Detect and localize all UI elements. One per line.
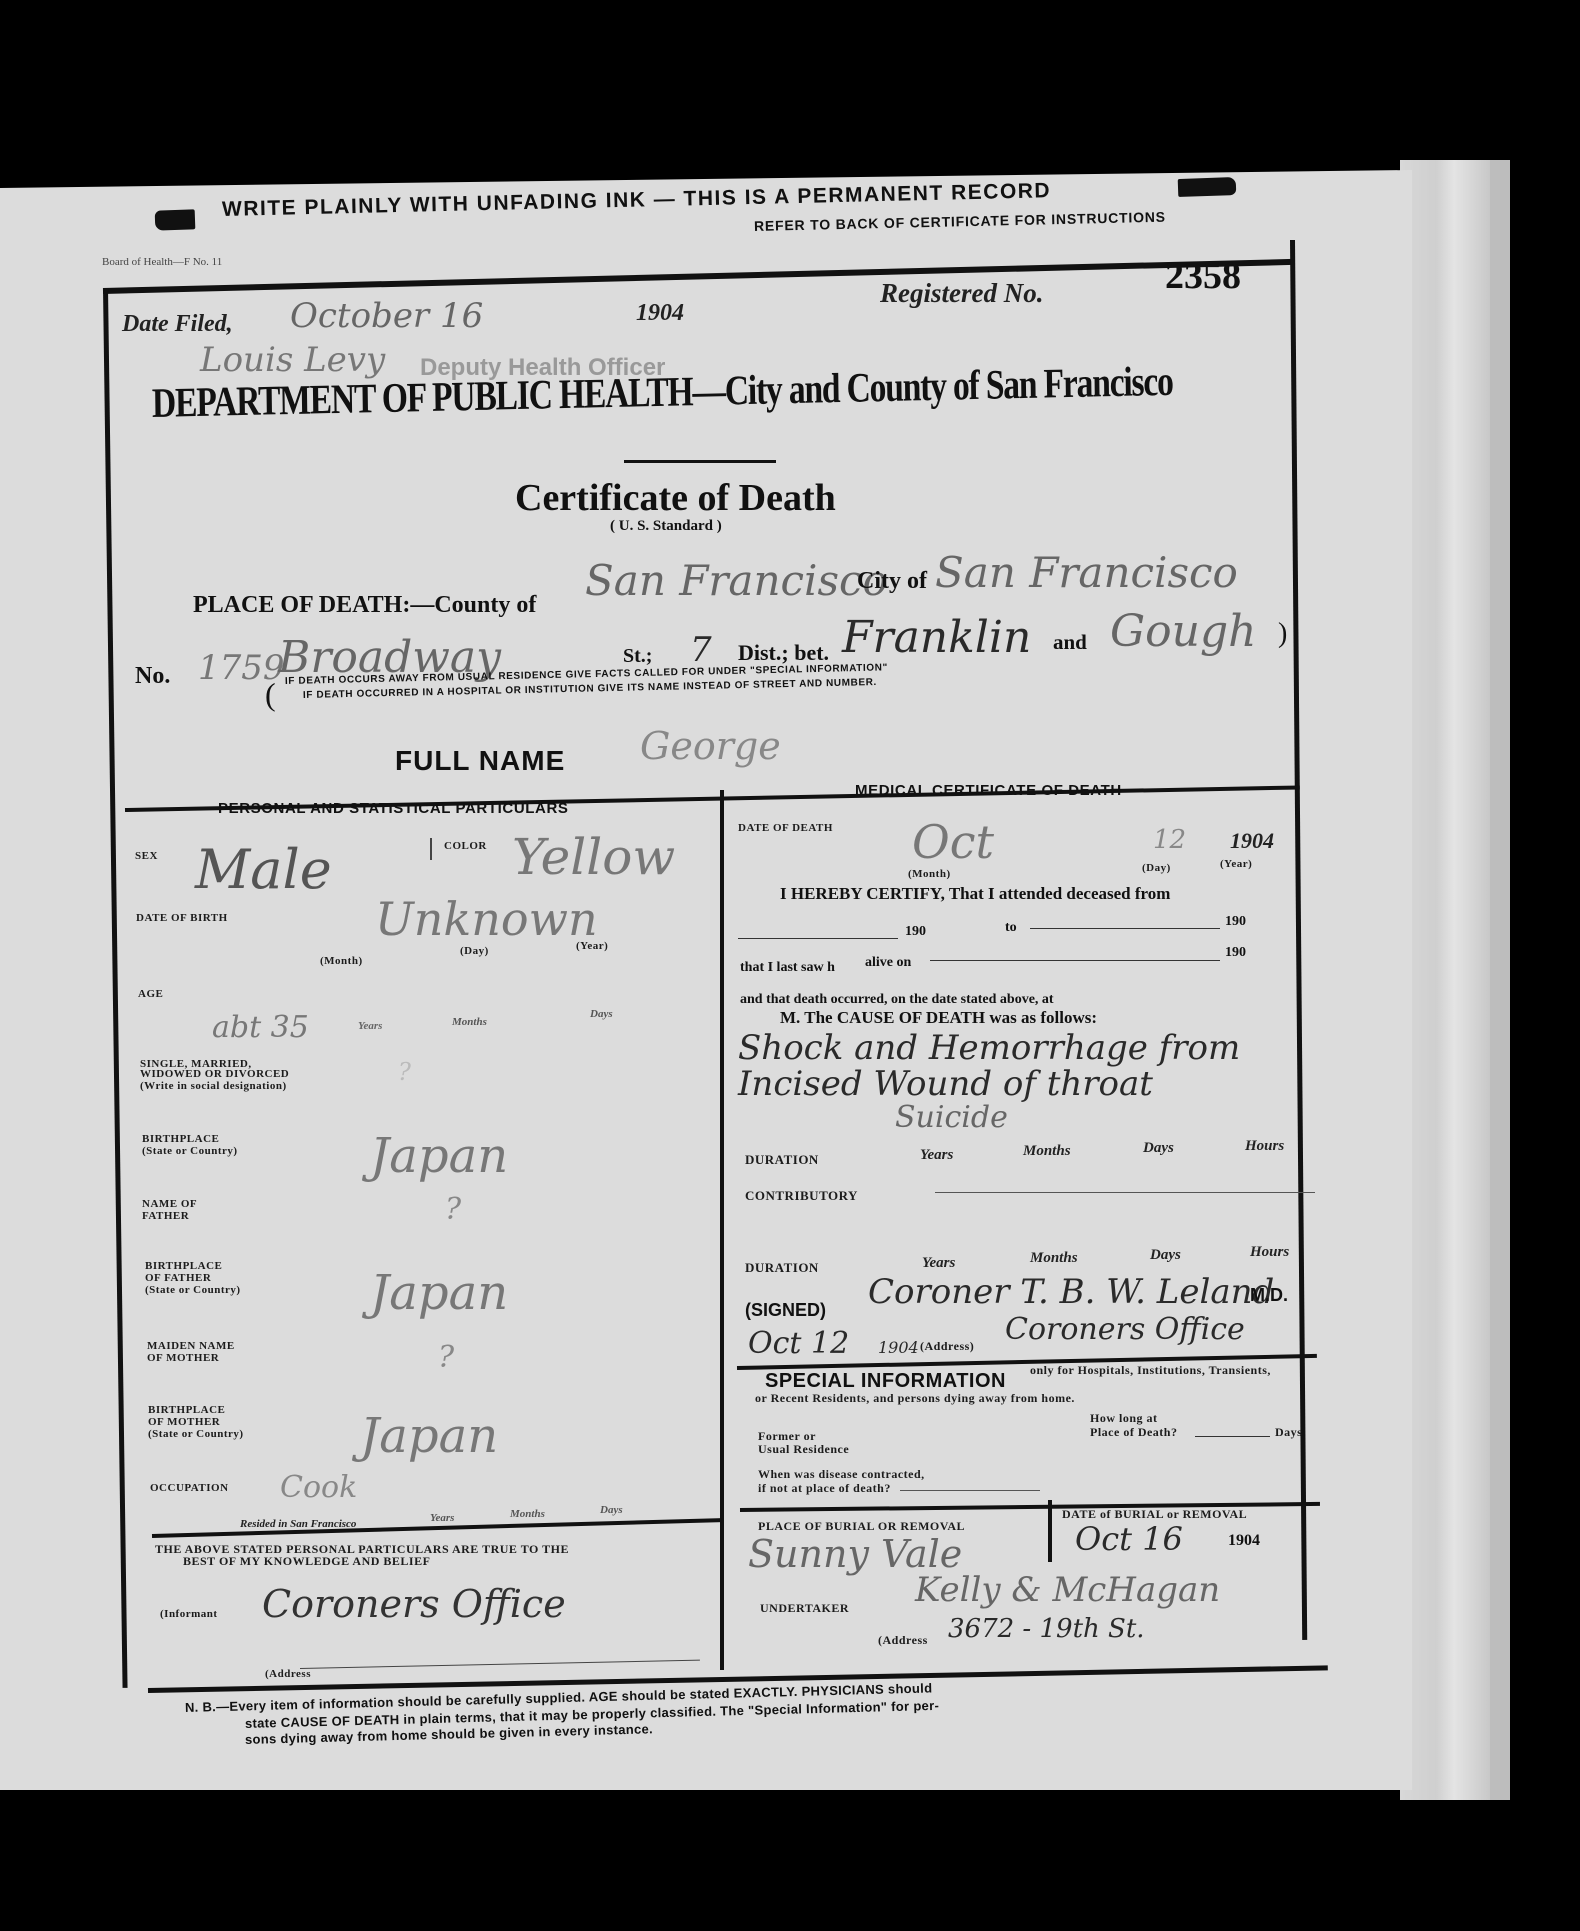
medical-heading: MEDICAL CERTIFICATE OF DEATH xyxy=(855,782,1122,799)
mother-label-1: MAIDEN NAME xyxy=(147,1340,235,1352)
father-label-2: FATHER xyxy=(142,1210,189,1222)
contracted-line xyxy=(900,1490,1040,1491)
certify-line-3b: alive on xyxy=(865,955,911,971)
personal-heading: PERSONAL AND STATISTICAL PARTICULARS xyxy=(218,800,569,817)
certify-to-line xyxy=(1030,928,1220,929)
sex-color-separator xyxy=(430,838,432,860)
street-label: St.; xyxy=(623,645,652,668)
full-name-label: FULL NAME xyxy=(395,745,565,777)
adjacent-page-edge-2 xyxy=(1490,160,1510,1800)
registered-label: Registered No. xyxy=(880,278,1043,309)
birthplace-label-1: BIRTHPLACE xyxy=(142,1133,219,1145)
sex-label: SEX xyxy=(135,850,158,862)
burial-place-label: PLACE OF BURIAL OR REMOVAL xyxy=(758,1520,965,1532)
father-birthplace-label-1: BIRTHPLACE xyxy=(145,1260,222,1272)
former-residence-label-1: Former or xyxy=(758,1430,816,1442)
date-of-death-label: DATE OF DEATH xyxy=(738,822,833,834)
resided-years-label: Years xyxy=(430,1512,454,1524)
contracted-label-1: When was disease contracted, xyxy=(758,1468,925,1480)
informant-value: Coroners Office xyxy=(262,1582,566,1626)
board-form-number: Board of Health—F No. 11 xyxy=(102,256,222,268)
resided-months-label: Months xyxy=(510,1508,545,1520)
duration-hours-2: Hours xyxy=(1250,1244,1289,1261)
mother-birthplace-label-2: OF MOTHER xyxy=(148,1416,220,1428)
contributory-label: CONTRIBUTORY xyxy=(745,1190,858,1202)
birthplace-label-2: (State or Country) xyxy=(142,1145,238,1157)
undertaker-address: 3672 - 19th St. xyxy=(948,1614,1145,1644)
signed-year: 1904 xyxy=(878,1338,919,1357)
dob-value: Unknown xyxy=(375,892,598,946)
attest-line-2: BEST OF MY KNOWLEDGE AND BELIEF xyxy=(183,1555,430,1567)
date-filed-year: 1904 xyxy=(636,300,684,327)
certify-to: to xyxy=(1005,920,1017,936)
mother-label-2: OF MOTHER xyxy=(147,1352,219,1364)
dod-day-label: (Day) xyxy=(1142,862,1171,874)
certify-line-4: and that death occurred, on the date sta… xyxy=(740,992,1054,1008)
occupation-label: OCCUPATION xyxy=(150,1482,229,1494)
registered-number: 2358 xyxy=(1165,254,1241,298)
certificate-title: Certificate of Death xyxy=(515,476,836,520)
date-of-death-month: Oct xyxy=(912,815,994,869)
burial-date-label: DATE of BURIAL or REMOVAL xyxy=(1062,1508,1247,1520)
cause-line-1: Shock and Hemorrhage from xyxy=(738,1028,1240,1068)
dod-month-label: (Month) xyxy=(908,868,951,880)
pointing-hand-icon-right xyxy=(1178,177,1237,197)
duration-days-2: Days xyxy=(1150,1247,1181,1264)
md-label: M.D. xyxy=(1250,1285,1288,1306)
sex-value: Male xyxy=(195,838,332,901)
city-value: San Francisco xyxy=(935,548,1238,597)
signer-address-label: (Address) xyxy=(920,1340,974,1352)
title-divider xyxy=(624,460,776,463)
mother-birthplace-label-1: BIRTHPLACE xyxy=(148,1404,225,1416)
column-divider xyxy=(720,790,724,1670)
how-long-line xyxy=(1195,1436,1270,1437)
certify-190-b: 190 xyxy=(1225,914,1246,930)
pointing-hand-icon xyxy=(155,209,196,230)
dod-year-label: (Year) xyxy=(1220,858,1252,870)
age-label: AGE xyxy=(138,988,163,1000)
age-days-label: Days xyxy=(590,1008,613,1020)
how-long-label-1: How long at xyxy=(1090,1412,1158,1424)
special-heading-note: only for Hospitals, Institutions, Transi… xyxy=(1030,1364,1271,1376)
father-birthplace-label-2: OF FATHER xyxy=(145,1272,211,1284)
undertaker-label: UNDERTAKER xyxy=(760,1602,849,1614)
special-heading-note-2: or Recent Residents, and persons dying a… xyxy=(755,1392,1075,1404)
marital-value: ? xyxy=(398,1058,411,1086)
place-of-death-label: PLACE OF DEATH:—County of xyxy=(193,592,536,619)
full-name-value: George xyxy=(640,724,781,768)
dob-month-label: (Month) xyxy=(320,955,363,967)
age-value: abt 35 xyxy=(212,1010,309,1045)
duration-months-2: Months xyxy=(1030,1250,1078,1267)
duration-label: DURATION xyxy=(745,1154,819,1166)
last-saw-line xyxy=(930,960,1220,961)
burial-year: 1904 xyxy=(1228,1532,1260,1550)
signed-value: Coroner T. B. W. Leland xyxy=(868,1272,1274,1312)
father-value: ? xyxy=(445,1192,461,1227)
mother-birthplace-value: Japan xyxy=(360,1408,498,1464)
officer-signature: Louis Levy xyxy=(200,340,385,380)
paren-open: ( xyxy=(265,676,276,713)
street-number-label: No. xyxy=(135,663,170,690)
signed-date: Oct 12 xyxy=(748,1326,849,1361)
certify-from-line xyxy=(738,938,898,939)
city-label: City of xyxy=(857,568,927,595)
dob-day-label: (Day) xyxy=(460,945,489,957)
date-filed-label: Date Filed, xyxy=(122,311,233,338)
former-residence-label-2: Usual Residence xyxy=(758,1443,849,1455)
father-birthplace-value: Japan xyxy=(370,1265,508,1321)
certify-190-c: 190 xyxy=(1225,945,1246,961)
marital-label-2: WIDOWED OR DIVORCED xyxy=(140,1068,289,1080)
occupation-value: Cook xyxy=(280,1470,357,1505)
paren-close: ) xyxy=(1278,618,1287,650)
undertaker-address-label: (Address xyxy=(878,1634,928,1646)
resided-days-label: Days xyxy=(600,1504,623,1516)
dob-year-label: (Year) xyxy=(576,940,608,952)
how-long-days: Days xyxy=(1275,1426,1302,1438)
mother-birthplace-label-3: (State or Country) xyxy=(148,1428,244,1440)
date-of-death-day: 12 xyxy=(1153,825,1186,855)
special-heading: SPECIAL INFORMATION xyxy=(765,1370,1006,1393)
duration-days: Days xyxy=(1143,1140,1174,1157)
color-label: COLOR xyxy=(444,840,487,852)
district-label: Dist.; bet. xyxy=(738,640,829,666)
father-birthplace-label-3: (State or Country) xyxy=(145,1284,241,1296)
cause-line-2: Incised Wound of throat xyxy=(738,1064,1153,1104)
contracted-label-2: if not at place of death? xyxy=(758,1482,891,1494)
color-value: Yellow xyxy=(512,828,675,886)
cause-label: M. The CAUSE OF DEATH was as follows: xyxy=(780,1008,1097,1028)
duration-years: Years xyxy=(920,1147,953,1164)
signer-address: Coroners Office xyxy=(1005,1312,1245,1347)
certificate-subtitle: ( U. S. Standard ) xyxy=(610,518,722,535)
undertaker-value: Kelly & McHagan xyxy=(915,1570,1220,1610)
between-street-2: Gough xyxy=(1110,606,1256,657)
and-label: and xyxy=(1053,630,1087,655)
burial-column-divider xyxy=(1048,1500,1052,1562)
mother-value: ? xyxy=(438,1340,454,1375)
duration-months: Months xyxy=(1023,1143,1071,1160)
how-long-label-2: Place of Death? xyxy=(1090,1426,1177,1438)
contributory-line xyxy=(935,1192,1315,1193)
cause-line-3: Suicide xyxy=(895,1100,1008,1135)
adjacent-page-edge xyxy=(1400,160,1490,1800)
between-street-1: Franklin xyxy=(842,612,1031,663)
birthplace-value: Japan xyxy=(370,1128,508,1184)
marital-label-3: (Write in social designation) xyxy=(140,1080,287,1092)
date-filed-value: October 16 xyxy=(290,296,483,336)
certify-line-3a: that I last saw h xyxy=(740,960,835,976)
date-of-death-year: 1904 xyxy=(1230,828,1274,854)
dob-label: DATE OF BIRTH xyxy=(136,912,228,924)
age-months-label: Months xyxy=(452,1016,487,1028)
age-years-label: Years xyxy=(358,1020,382,1032)
duration-hours: Hours xyxy=(1245,1138,1284,1155)
district-value: 7 xyxy=(690,630,712,670)
father-label-1: NAME OF xyxy=(142,1198,197,1210)
certify-190-a: 190 xyxy=(905,924,926,940)
certify-line-1: I HEREBY CERTIFY, That I attended deceas… xyxy=(780,884,1170,904)
signed-label: (SIGNED) xyxy=(745,1300,826,1321)
duration-years-2: Years xyxy=(922,1255,955,1272)
county-value: San Francisco xyxy=(585,556,888,605)
informant-label: (Informant xyxy=(160,1608,218,1620)
informant-address-label: (Address xyxy=(265,1668,311,1680)
burial-date-value: Oct 16 xyxy=(1075,1520,1183,1558)
duration-label-2: DURATION xyxy=(745,1262,819,1274)
